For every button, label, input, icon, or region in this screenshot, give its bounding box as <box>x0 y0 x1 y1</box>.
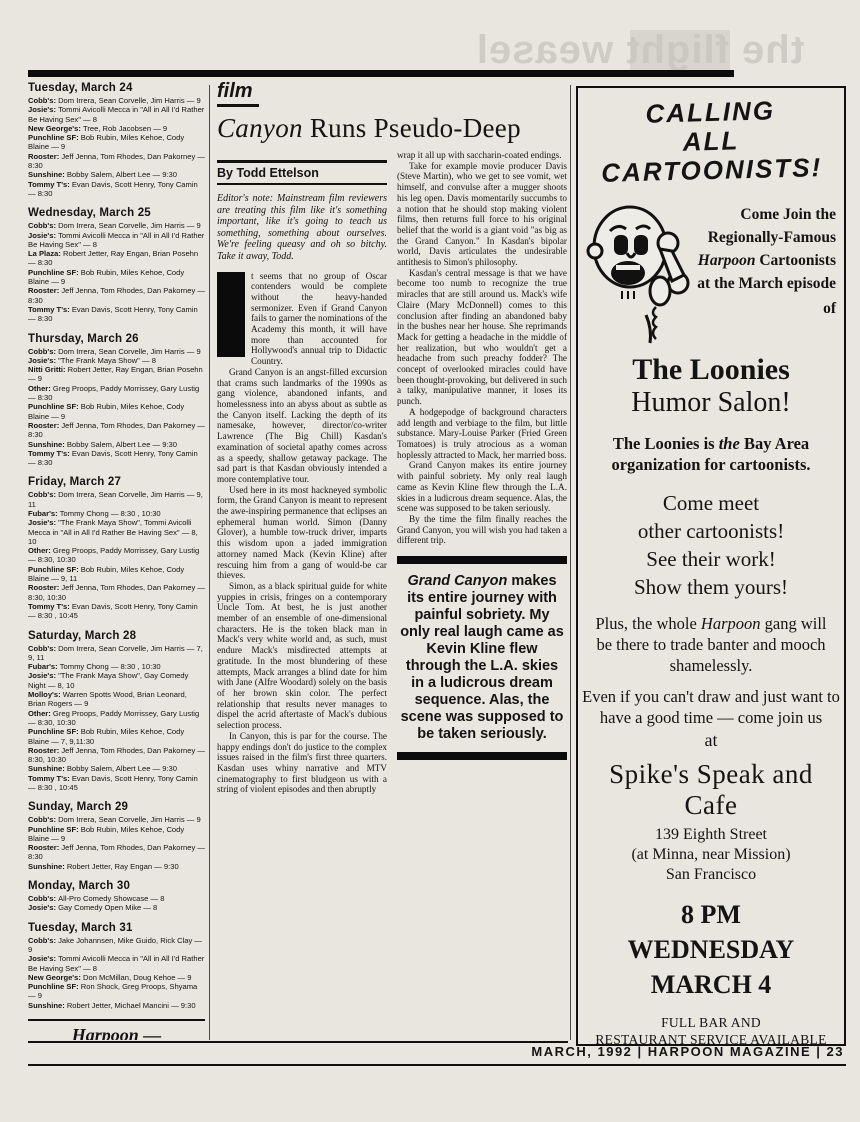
listing-entry: Josie's"The Frank Maya Show", Gay Comedy… <box>28 671 205 690</box>
listing-venue: Molloy's <box>28 690 63 699</box>
venue-address-line: San Francisco <box>586 865 836 885</box>
listing-venue: Punchline SF <box>28 825 81 834</box>
ad-headline-line: CARTOONISTS! <box>586 153 837 189</box>
listings-days: Tuesday, March 24Cobb'sDom Irrera, Sean … <box>28 82 205 1010</box>
listing-venue: Cobb's <box>28 221 58 230</box>
full-bar-note-line: FULL BAR AND <box>586 1014 836 1031</box>
listing-entry: Tommy T'sEvan Davis, Scott Henry, Tony C… <box>28 774 205 793</box>
pull-quote-rest: makes its entire journey with painful so… <box>400 573 564 742</box>
ad-headline: CALLING ALL CARTOONISTS! <box>585 95 837 189</box>
listing-entry: OtherGreg Proops, Paddy Morrissey, Gary … <box>28 709 205 728</box>
listing-venue: Josie's <box>28 671 58 680</box>
listing-entry: Cobb'sAll-Pro Comedy Showcase — 8 <box>28 894 205 903</box>
listing-venue: Josie's <box>28 356 58 365</box>
come-meet-lines: Come meet other cartoonists! See their w… <box>586 489 836 601</box>
listing-entry: Fubar'sTommy Chong — 8:30 , 10:30 <box>28 662 205 671</box>
listings-day-title: Friday, March 27 <box>28 476 205 488</box>
listing-venue: Sunshine <box>28 1001 67 1010</box>
page-footer: MARCH, 1992 | HARPOON MAGAZINE | 23 <box>531 1044 844 1059</box>
article-paragraph: In Canyon, this is par for the course. T… <box>217 731 387 795</box>
listing-entry: Tommy T'sEvan Davis, Scott Henry, Tony C… <box>28 305 205 324</box>
listing-venue: Tommy T's <box>28 449 72 458</box>
listing-entry: Cobb'sDom Irrera, Sean Corvelle, Jim Har… <box>28 221 205 230</box>
ghost-printthrough-text: the flight weasel <box>430 28 850 73</box>
listing-entry: SunshineRobert Jetter, Michael Mancini —… <box>28 1001 205 1010</box>
listing-entry: Josie's"The Frank Maya Show", Tommi Avic… <box>28 518 205 546</box>
ad-invite-line: Come Join the <box>690 203 836 226</box>
listing-performers: Gay Comedy Open Mike — 8 <box>58 903 157 912</box>
listing-venue: Sunshine <box>28 440 67 449</box>
article-paragraph: A hodgepodge of background characters ad… <box>397 407 567 461</box>
listing-venue: New George's <box>28 973 83 982</box>
article-paragraph: Take for example movie producer Davis (S… <box>397 161 567 268</box>
article-paragraph: Grand Canyon is an angst-filled excursio… <box>217 367 387 485</box>
listing-entry: Cobb'sDom Irrera, Sean Corvelle, Jim Har… <box>28 815 205 824</box>
listing-venue: Rooster <box>28 583 61 592</box>
article-paragraph: Used here in its most hackneyed symbolic… <box>217 485 387 581</box>
listing-venue: Sunshine <box>28 170 67 179</box>
listing-entry: RoosterJeff Jenna, Tom Rhodes, Dan Pakor… <box>28 286 205 305</box>
listing-entry: Punchline SFBob Rubin, Miles Kehoe, Cody… <box>28 825 205 844</box>
plus-text-harpoon: Harpoon <box>701 614 761 633</box>
pull-quote-lead: Grand Canyon <box>407 573 507 589</box>
listing-performers: Dom Irrera, Sean Corvelle, Jim Harris — … <box>58 96 201 105</box>
listing-entry: Tommy T'sEvan Davis, Scott Henry, Tony C… <box>28 602 205 621</box>
listing-performers: Dom Irrera, Sean Corvelle, Jim Harris — … <box>58 347 201 356</box>
listing-venue: La Plaza <box>28 249 63 258</box>
listings-day: Saturday, March 28Cobb'sDom Irrera, Sean… <box>28 630 205 793</box>
listing-performers: Dom Irrera, Sean Corvelle, Jim Harris — … <box>58 815 201 824</box>
article-title: Canyon Runs Pseudo-Deep <box>217 113 567 144</box>
listing-venue: Sunshine <box>28 764 67 773</box>
article-paragraph: Simon, as a black spiritual guide for wh… <box>217 581 387 731</box>
listings-day-title: Monday, March 30 <box>28 880 205 892</box>
listing-venue: Cobb's <box>28 815 58 824</box>
listing-entry: Cobb'sJake Johannsen, Mike Guido, Rick C… <box>28 936 205 955</box>
listing-entry: New George'sTree, Rob Jacobsen — 9 <box>28 124 205 133</box>
column-divider-right <box>570 85 571 1040</box>
listing-venue: Tommy T's <box>28 602 72 611</box>
listings-day-title: Wednesday, March 25 <box>28 207 205 219</box>
event-datetime: 8 PM WEDNESDAY MARCH 4 <box>586 897 836 1002</box>
article-paragraph: Grand Canyon makes its entire journey wi… <box>397 460 567 514</box>
listings-day-title: Tuesday, March 31 <box>28 922 205 934</box>
magazine-page: the flight weasel Tuesday, March 24Cobb'… <box>0 0 860 1122</box>
ad-invite: Come Join the Regionally-Famous Harpoon … <box>690 203 836 320</box>
listing-venue: Cobb's <box>28 490 58 499</box>
come-meet-line: Come meet <box>586 489 836 517</box>
drop-cap-i-block <box>217 272 245 357</box>
listing-entry: Josie'sTommi Avicolli Mecca in "All in A… <box>28 231 205 250</box>
listings-day: Monday, March 30Cobb'sAll-Pro Comedy Sho… <box>28 880 205 913</box>
loonies-description-pre: The Loonies is <box>613 434 719 453</box>
listing-entry: Molloy'sWarren Spotts Wood, Brian Leonar… <box>28 690 205 709</box>
event-day: WEDNESDAY <box>586 932 836 967</box>
listing-venue: Josie's <box>28 231 58 240</box>
listing-venue: Fubar's <box>28 509 60 518</box>
listing-venue: Tommy T's <box>28 305 72 314</box>
listing-entry: Josie'sGay Comedy Open Mike — 8 <box>28 903 205 912</box>
listing-venue: Tommy T's <box>28 180 72 189</box>
listing-entry: Nitti GrittiRobert Jetter, Ray Engan, Br… <box>28 365 205 384</box>
listing-entry: Cobb'sDom Irrera, Sean Corvelle, Jim Har… <box>28 490 205 509</box>
full-bar-note: FULL BAR AND RESTAURANT SERVICE AVAILABL… <box>586 1014 836 1046</box>
ad-invite-line: at the March episode <box>690 272 836 295</box>
listing-performers: "The Frank Maya Show" — 8 <box>58 356 156 365</box>
loonies-title-line2: Humor Salon! <box>586 387 836 419</box>
at-word: at <box>586 730 836 751</box>
listing-entry: New George'sDon McMillan, Doug Kehoe — 9 <box>28 973 205 982</box>
listing-performers: Tree, Rob Jacobsen — 9 <box>83 124 167 133</box>
listing-venue: Josie's <box>28 518 58 527</box>
article-title-rest: Runs Pseudo-Deep <box>303 113 521 143</box>
listing-venue: Other <box>28 384 53 393</box>
loonies-title-line1: The Loonies <box>586 353 836 387</box>
listing-venue: Cobb's <box>28 644 58 653</box>
listing-venue: Rooster <box>28 421 61 430</box>
listing-entry: Josie'sTommi Avicolli Mecca in "All in A… <box>28 954 205 973</box>
listing-entry: Punchline SFBob Rubin, Miles Kehoe, Cody… <box>28 727 205 746</box>
listing-entry: Fubar'sTommy Chong — 8:30 , 10:30 <box>28 509 205 518</box>
ad-invite-line: Regionally-Famous <box>690 226 836 249</box>
listings-day: Tuesday, March 31Cobb'sJake Johannsen, M… <box>28 922 205 1010</box>
listing-venue: Punchline SF <box>28 133 81 142</box>
listing-performers: Robert Jetter, Michael Mancini — 9:30 <box>67 1001 196 1010</box>
listing-venue: Josie's <box>28 954 58 963</box>
lead-paragraph: t seems that no group of Oscar contender… <box>217 271 387 367</box>
article-column-1: By Todd Ettelson Editor's note: Mainstre… <box>217 150 387 1040</box>
listing-entry: Punchline SFBob Rubin, Miles Kehoe, Cody… <box>28 133 205 152</box>
event-date: MARCH 4 <box>586 967 836 1002</box>
listing-performers: Greg Proops, Paddy Morrissey, Gary Lusti… <box>28 709 199 727</box>
listing-venue: Sunshine <box>28 862 67 871</box>
listing-entry: RoosterJeff Jenna, Tom Rhodes, Dan Pakor… <box>28 421 205 440</box>
listing-performers: Bobby Salem, Albert Lee — 9:30 <box>67 440 177 449</box>
listing-venue: Other <box>28 546 53 555</box>
listing-entry: Cobb'sDom Irrera, Sean Corvelle, Jim Har… <box>28 347 205 356</box>
listing-performers: Don McMillan, Doug Kehoe — 9 <box>83 973 191 982</box>
film-review-article: film Canyon Runs Pseudo-Deep By Todd Ett… <box>217 80 567 1040</box>
listing-entry: RoosterJeff Jenna, Tom Rhodes, Dan Pakor… <box>28 583 205 602</box>
venue-name: Spike's Speak and Cafe <box>586 759 836 821</box>
listing-venue: Rooster <box>28 843 61 852</box>
bottom-rule-outer <box>28 1064 846 1066</box>
listing-entry: RoosterJeff Jenna, Tom Rhodes, Dan Pakor… <box>28 843 205 862</box>
venue-address-line: 139 Eighth Street <box>586 825 836 845</box>
come-meet-line: other cartoonists! <box>586 517 836 545</box>
listing-venue: Cobb's <box>28 347 58 356</box>
article-paragraph: By the time the film finally reaches the… <box>397 514 567 546</box>
listing-performers: Greg Proops, Paddy Morrissey, Gary Lusti… <box>28 384 199 402</box>
listing-entry: SunshineBobby Salem, Albert Lee — 9:30 <box>28 440 205 449</box>
listing-venue: Fubar's <box>28 662 60 671</box>
listings-day: Friday, March 27Cobb'sDom Irrera, Sean C… <box>28 476 205 620</box>
listing-entry: Punchline SFBob Rubin, Miles Kehoe, Cody… <box>28 402 205 421</box>
listing-venue: New George's <box>28 124 83 133</box>
listing-performers: Bobby Salem, Albert Lee — 9:30 <box>67 764 177 773</box>
listing-venue: Josie's <box>28 105 58 114</box>
top-rule <box>28 70 734 77</box>
lead-paragraph-text: t seems that no group of Oscar contender… <box>251 271 387 367</box>
listing-entry: Punchline SFRon Shock, Greg Proops, Shya… <box>28 982 205 1001</box>
listing-venue: Cobb's <box>28 96 58 105</box>
listing-entry: Cobb'sDom Irrera, Sean Corvelle, Jim Har… <box>28 96 205 105</box>
listing-entry: RoosterJeff Jenna, Tom Rhodes, Dan Pakor… <box>28 746 205 765</box>
listing-entry: Punchline SFBob Rubin, Miles Kehoe, Cody… <box>28 268 205 287</box>
listings-day-title: Saturday, March 28 <box>28 630 205 642</box>
listing-entry: Tommy T'sEvan Davis, Scott Henry, Tony C… <box>28 180 205 199</box>
byline: By Todd Ettelson <box>217 160 387 185</box>
listings-promo: Harpoon — The Most Complete Comedy Listi… <box>28 1019 205 1040</box>
come-meet-line: See their work! <box>586 545 836 573</box>
listing-venue: Nitti Gritti <box>28 365 68 374</box>
article-paragraph: wrap it all up with saccharin-coated end… <box>397 150 567 161</box>
listing-entry: SunshineRobert Jetter, Ray Engan — 9:30 <box>28 862 205 871</box>
listing-entry: La PlazaRobert Jetter, Ray Engan, Brian … <box>28 249 205 268</box>
listing-entry: OtherGreg Proops, Paddy Morrissey, Gary … <box>28 546 205 565</box>
column1-paragraphs: Grand Canyon is an angst-filled excursio… <box>217 367 387 795</box>
listing-venue: Punchline SF <box>28 268 81 277</box>
listing-performers: Robert Jetter, Ray Engan — 9:30 <box>67 862 179 871</box>
article-title-italic: Canyon <box>217 113 303 143</box>
listings-day: Thursday, March 26Cobb'sDom Irrera, Sean… <box>28 333 205 468</box>
listing-venue: Tommy T's <box>28 774 72 783</box>
listings-day-title: Tuesday, March 24 <box>28 82 205 94</box>
promo-harpoon-word: Harpoon — <box>72 1025 162 1040</box>
listing-venue: Josie's <box>28 903 58 912</box>
article-paragraph: Kasdan's central message is that we have… <box>397 268 567 407</box>
comedy-listings-column: Tuesday, March 24Cobb'sDom Irrera, Sean … <box>28 82 205 1040</box>
listing-performers: Bobby Salem, Albert Lee — 9:30 <box>67 170 177 179</box>
cartoonists-ad: CALLING ALL CARTOONISTS! <box>576 86 846 1046</box>
bottom-rule-inner <box>28 1041 568 1043</box>
listing-venue: Other <box>28 709 53 718</box>
ad-invite-of: of <box>690 297 836 320</box>
promo-title: Harpoon — <box>28 1025 205 1040</box>
ad-cartoon-row: Come Join the Regionally-Famous Harpoon … <box>586 195 836 345</box>
ad-invite-line-rest: Cartoonists <box>755 252 836 269</box>
section-label-film: film <box>217 80 259 107</box>
loonies-title: The Loonies Humor Salon! <box>586 353 836 419</box>
listing-entry: SunshineBobby Salem, Albert Lee — 9:30 <box>28 170 205 179</box>
listing-performers: Tommy Chong — 8:30 , 10:30 <box>60 662 161 671</box>
harpoon-word: Harpoon <box>698 252 756 269</box>
article-columns: By Todd Ettelson Editor's note: Mainstre… <box>217 150 567 1040</box>
listing-performers: Greg Proops, Paddy Morrissey, Gary Lusti… <box>28 546 199 564</box>
listing-venue: Cobb's <box>28 936 58 945</box>
venue-address: 139 Eighth Street (at Minna, near Missio… <box>586 825 836 885</box>
listings-day-title: Sunday, March 29 <box>28 801 205 813</box>
editors-note: Editor's note: Mainstream film reviewers… <box>217 193 387 263</box>
listing-venue: Rooster <box>28 286 61 295</box>
come-meet-line: Show them yours! <box>586 573 836 601</box>
column-divider-left <box>209 85 210 1040</box>
listing-entry: Josie's"The Frank Maya Show" — 8 <box>28 356 205 365</box>
plus-text: Plus, the whole Harpoon gang will be the… <box>586 613 836 676</box>
listing-entry: Tommy T'sEvan Davis, Scott Henry, Tony C… <box>28 449 205 468</box>
plus-text-pre: Plus, the whole <box>595 614 700 633</box>
listings-day: Sunday, March 29Cobb'sDom Irrera, Sean C… <box>28 801 205 871</box>
listing-venue: Cobb's <box>28 894 58 903</box>
article-column-2: wrap it all up with saccharin-coated end… <box>397 150 567 1040</box>
listing-performers: Tommy Chong — 8:30 , 10:30 <box>60 509 161 518</box>
loonies-description: The Loonies is the Bay Area organization… <box>590 433 832 475</box>
listing-performers: All-Pro Comedy Showcase — 8 <box>58 894 164 903</box>
listing-venue: Punchline SF <box>28 402 81 411</box>
venue-address-line: (at Minna, near Mission) <box>586 845 836 865</box>
ad-invite-line: Harpoon Cartoonists <box>690 249 836 272</box>
pull-quote: Grand Canyon makes its entire journey wi… <box>397 556 567 760</box>
column2-paragraphs: wrap it all up with saccharin-coated end… <box>397 150 567 546</box>
listing-venue: Punchline SF <box>28 565 81 574</box>
listing-performers: Dom Irrera, Sean Corvelle, Jim Harris — … <box>58 221 201 230</box>
listing-entry: Punchline SFBob Rubin, Miles Kehoe, Cody… <box>28 565 205 584</box>
listing-venue: Rooster <box>28 746 61 755</box>
listing-entry: RoosterJeff Jenna, Tom Rhodes, Dan Pakor… <box>28 152 205 171</box>
listing-entry: Cobb'sDom Irrera, Sean Corvelle, Jim Har… <box>28 644 205 663</box>
listings-day-title: Thursday, March 26 <box>28 333 205 345</box>
event-time: 8 PM <box>586 897 836 932</box>
listing-venue: Punchline SF <box>28 727 81 736</box>
listing-entry: Josie'sTommi Avicolli Mecca in "All in A… <box>28 105 205 124</box>
listing-entry: SunshineBobby Salem, Albert Lee — 9:30 <box>28 764 205 773</box>
listings-day: Wednesday, March 25Cobb'sDom Irrera, Sea… <box>28 207 205 323</box>
man-on-telephone-cartoon-icon <box>586 195 690 345</box>
listings-day: Tuesday, March 24Cobb'sDom Irrera, Sean … <box>28 82 205 198</box>
listing-venue: Punchline SF <box>28 982 81 991</box>
listing-entry: OtherGreg Proops, Paddy Morrissey, Gary … <box>28 384 205 403</box>
loonies-description-the: the <box>719 434 740 453</box>
even-if-text: Even if you can't draw and just want to … <box>576 686 846 728</box>
listing-venue: Rooster <box>28 152 61 161</box>
